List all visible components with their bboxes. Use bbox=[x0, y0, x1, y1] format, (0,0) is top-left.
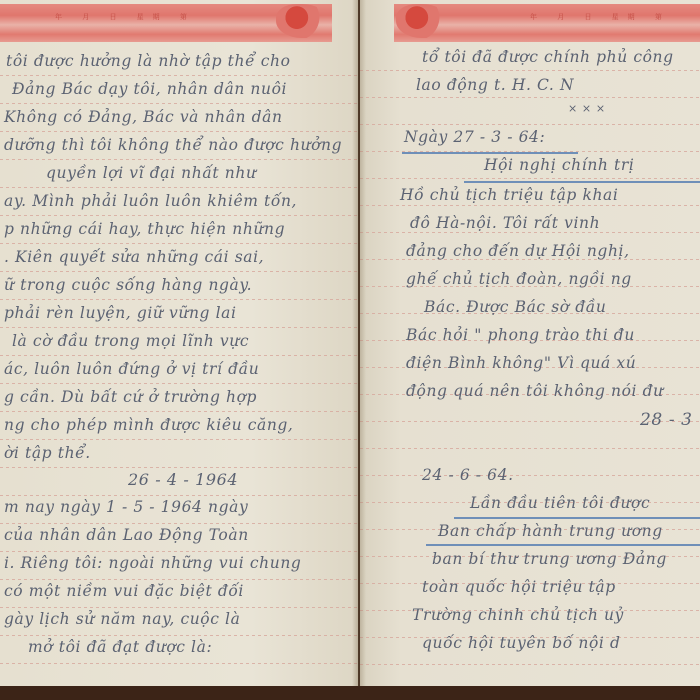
handwritten-line: dưỡng thì tôi không thể nào được hưởng bbox=[4, 136, 342, 154]
handwritten-line: . Kiên quyết sửa những cái sai, bbox=[4, 248, 264, 266]
handwritten-line: phải rèn luyện, giữ vững lai bbox=[4, 304, 237, 322]
ruled-line bbox=[0, 495, 358, 496]
handwritten-line: quyền lợi vĩ đại nhất như bbox=[46, 164, 257, 182]
ruled-line bbox=[360, 232, 700, 233]
section-marker: × × × bbox=[568, 102, 606, 115]
ruled-line bbox=[0, 663, 358, 664]
ruled-line bbox=[0, 635, 358, 636]
handwritten-line: của nhân dân Lao Động Toàn bbox=[4, 526, 249, 544]
ruled-line bbox=[360, 97, 700, 98]
ruled-line bbox=[0, 467, 358, 468]
ruled-line bbox=[0, 299, 358, 300]
entry-title: Lần đầu tiên tôi được bbox=[470, 494, 650, 512]
left-notebook-page: 年 月 日 星期 第 tôi được hưởng là nhờ tập thể… bbox=[0, 0, 358, 688]
blossom-ornament-icon bbox=[276, 4, 328, 38]
ruled-line bbox=[360, 448, 700, 449]
line-underline bbox=[426, 544, 700, 546]
ruled-line bbox=[0, 243, 358, 244]
ruled-line bbox=[0, 579, 358, 580]
handwritten-line: Bác. Được Bác sờ đầu bbox=[424, 298, 606, 316]
ruled-line bbox=[0, 187, 358, 188]
handwritten-line: Ban chấp hành trung ương bbox=[438, 522, 663, 540]
ruled-line bbox=[0, 355, 358, 356]
ruled-line bbox=[0, 75, 358, 76]
right-notebook-page: 年 月 日 星期 第 tổ tôi đã được chính phủ công… bbox=[360, 0, 700, 688]
entry-date: 26 - 4 - 1964 bbox=[128, 470, 238, 489]
ruled-line bbox=[0, 607, 358, 608]
handwritten-line: mở tôi đã đạt được là: bbox=[28, 638, 212, 656]
ruled-line bbox=[0, 551, 358, 552]
handwritten-line: toàn quốc hội triệu tập bbox=[422, 578, 616, 596]
handwritten-line: g cần. Dù bất cứ ở trường hợp bbox=[4, 388, 257, 406]
ruled-line bbox=[0, 523, 358, 524]
wooden-table-edge bbox=[0, 686, 700, 700]
ruled-line bbox=[0, 411, 358, 412]
handwritten-line: đô Hà-nội. Tôi rất vinh bbox=[410, 214, 600, 232]
ruled-line bbox=[360, 475, 700, 476]
handwritten-line: điện Bình không" Vì quá xú bbox=[406, 354, 636, 372]
left-header-labels: 年 月 日 星期 第 bbox=[55, 12, 196, 22]
title-underline bbox=[464, 181, 700, 183]
ruled-line bbox=[0, 439, 358, 440]
date-underline bbox=[402, 152, 578, 154]
handwritten-line: có một niềm vui đặc biệt đối bbox=[4, 582, 244, 600]
ruled-line bbox=[360, 664, 700, 665]
handwritten-line: động quá nên tôi không nói đư bbox=[406, 382, 664, 400]
handwritten-line: Bác hỏi " phong trào thi đu bbox=[406, 326, 635, 344]
ruled-line bbox=[0, 103, 358, 104]
handwritten-line: gày lịch sử năm nay, cuộc là bbox=[4, 610, 240, 628]
signature-date: 28 - 3 bbox=[640, 410, 693, 430]
handwritten-line: ữ trong cuộc sống hàng ngày. bbox=[4, 276, 252, 294]
ruled-line bbox=[360, 178, 700, 179]
handwritten-line: quốc hội tuyên bố nội d bbox=[422, 634, 621, 652]
blossom-ornament-icon bbox=[396, 4, 448, 38]
ruled-line bbox=[0, 383, 358, 384]
handwritten-line: p những cái hay, thực hiện những bbox=[4, 220, 285, 238]
handwritten-line: ban bí thư trung ương Đảng bbox=[432, 550, 667, 568]
ruled-line bbox=[0, 159, 358, 160]
handwritten-line: ng cho phép mình được kiêu căng, bbox=[4, 416, 293, 434]
title-underline bbox=[454, 517, 700, 519]
ruled-line bbox=[360, 205, 700, 206]
handwritten-line: ay. Mình phải luôn luôn khiêm tốn, bbox=[4, 192, 297, 210]
handwritten-line: ời tập thể. bbox=[4, 444, 91, 462]
handwritten-line: Trường chinh chủ tịch uỷ bbox=[412, 606, 624, 624]
ruled-line bbox=[0, 327, 358, 328]
ruled-line bbox=[0, 271, 358, 272]
handwritten-line: lao động t. H. C. N bbox=[416, 76, 574, 94]
handwritten-line: Không có Đảng, Bác và nhân dân bbox=[4, 108, 283, 126]
right-header-labels: 年 月 日 星期 第 bbox=[530, 12, 671, 22]
handwritten-line: m nay ngày 1 - 5 - 1964 ngày bbox=[4, 498, 248, 516]
ruled-line bbox=[360, 70, 700, 71]
handwritten-line: ghế chủ tịch đoàn, ngồi ng bbox=[406, 270, 632, 288]
notebook-gutter bbox=[352, 0, 366, 688]
handwritten-line: là cờ đầu trong mọi lĩnh vực bbox=[12, 332, 249, 350]
entry-date: 24 - 6 - 64. bbox=[422, 466, 514, 484]
handwritten-line: i. Riêng tôi: ngoài những vui chung bbox=[4, 554, 301, 572]
handwritten-line: Hồ chủ tịch triệu tập khai bbox=[400, 186, 618, 204]
ruled-line bbox=[0, 131, 358, 132]
entry-title: Hội nghị chính trị bbox=[484, 156, 634, 174]
ruled-line bbox=[360, 124, 700, 125]
ruled-line bbox=[0, 215, 358, 216]
entry-date: Ngày 27 - 3 - 64: bbox=[404, 128, 545, 146]
handwritten-line: đảng cho đến dự Hội nghị, bbox=[406, 242, 630, 260]
handwritten-line: ác, luôn luôn đứng ở vị trí đầu bbox=[4, 360, 259, 378]
handwritten-line: tổ tôi đã được chính phủ công bbox=[422, 48, 674, 66]
handwritten-line: Đảng Bác dạy tôi, nhân dân nuôi bbox=[12, 80, 287, 98]
handwritten-line: tôi được hưởng là nhờ tập thể cho bbox=[6, 52, 291, 70]
